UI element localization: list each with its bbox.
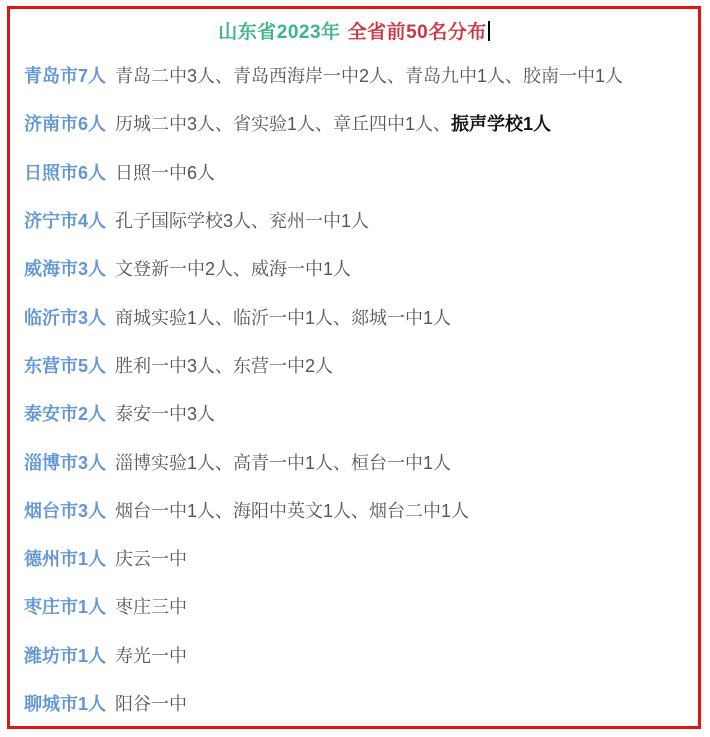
list-item: 潍坊市1人寿光一中: [24, 631, 684, 679]
school-detail-segment: 寿光一中: [115, 646, 187, 666]
school-detail-segment: 淄博实验1人、高青一中1人、桓台一中1人: [115, 453, 451, 473]
city-count-label: 济南市6人: [24, 110, 106, 136]
city-count-label: 德州市1人: [24, 545, 106, 571]
school-detail-segment: 历城二中3人、省实验1人、章丘四中1人、: [115, 114, 451, 134]
list-item: 烟台市3人烟台一中1人、海阳中英文1人、烟台二中1人: [24, 486, 684, 534]
school-detail-segment: 孔子国际学校3人、兖州一中1人: [115, 211, 369, 231]
school-detail-segment: 烟台一中1人、海阳中英文1人、烟台二中1人: [115, 501, 469, 521]
school-detail-segment: 日照一中6人: [115, 163, 215, 183]
school-detail: 庆云一中: [115, 545, 187, 571]
city-count-label: 潍坊市1人: [24, 642, 106, 668]
school-detail: 历城二中3人、省实验1人、章丘四中1人、振声学校1人: [115, 110, 551, 136]
school-detail: 阳谷一中: [115, 690, 187, 716]
city-count-label: 日照市6人: [24, 159, 106, 185]
school-detail-segment: 庆云一中: [115, 549, 187, 569]
school-detail: 青岛二中3人、青岛西海岸一中2人、青岛九中1人、胶南一中1人: [115, 62, 623, 88]
school-detail: 胜利一中3人、东营一中2人: [115, 352, 333, 378]
list-item: 淄博市3人淄博实验1人、高青一中1人、桓台一中1人: [24, 437, 684, 485]
school-detail-segment: 枣庄三中: [115, 597, 187, 617]
title-province-year: 山东省2023年: [218, 22, 340, 43]
school-detail: 孔子国际学校3人、兖州一中1人: [115, 207, 369, 233]
list-item: 临沂市3人商城实验1人、临沂一中1人、郯城一中1人: [24, 292, 684, 340]
text-cursor: [488, 21, 490, 41]
page-title: 山东省2023年全省前50名分布: [24, 17, 684, 49]
city-count-label: 青岛市7人: [24, 62, 106, 88]
city-count-label: 烟台市3人: [24, 497, 106, 523]
school-detail-segment: 泰安一中3人: [115, 404, 215, 424]
school-detail: 烟台一中1人、海阳中英文1人、烟台二中1人: [115, 497, 469, 523]
list-item: 泰安市2人泰安一中3人: [24, 389, 684, 437]
screenshot-canvas: 山东省2023年全省前50名分布 青岛市7人青岛二中3人、青岛西海岸一中2人、青…: [0, 0, 710, 737]
school-detail: 枣庄三中: [115, 593, 187, 619]
school-detail-segment: 商城实验1人、临沂一中1人、郯城一中1人: [115, 308, 451, 328]
city-count-label: 济宁市4人: [24, 207, 106, 233]
list-item: 日照市6人日照一中6人: [24, 148, 684, 196]
list-item: 青岛市7人青岛二中3人、青岛西海岸一中2人、青岛九中1人、胶南一中1人: [24, 51, 684, 99]
list-item: 聊城市1人阳谷一中: [24, 679, 684, 727]
list-item: 德州市1人庆云一中: [24, 534, 684, 582]
distribution-list: 青岛市7人青岛二中3人、青岛西海岸一中2人、青岛九中1人、胶南一中1人济南市6人…: [24, 51, 684, 727]
school-detail-segment: 青岛二中3人、青岛西海岸一中2人、青岛九中1人、胶南一中1人: [115, 66, 623, 86]
school-detail: 淄博实验1人、高青一中1人、桓台一中1人: [115, 449, 451, 475]
city-count-label: 聊城市1人: [24, 690, 106, 716]
school-detail: 泰安一中3人: [115, 400, 215, 426]
list-item: 威海市3人文登新一中2人、威海一中1人: [24, 244, 684, 292]
city-count-label: 威海市3人: [24, 255, 106, 281]
list-item: 枣庄市1人枣庄三中: [24, 582, 684, 630]
school-detail-segment: 胜利一中3人、东营一中2人: [115, 356, 333, 376]
school-detail-segment: 阳谷一中: [115, 694, 187, 714]
city-count-label: 临沂市3人: [24, 304, 106, 330]
city-count-label: 枣庄市1人: [24, 593, 106, 619]
school-detail: 文登新一中2人、威海一中1人: [115, 255, 351, 281]
school-detail: 寿光一中: [115, 642, 187, 668]
document-page[interactable]: 山东省2023年全省前50名分布 青岛市7人青岛二中3人、青岛西海岸一中2人、青…: [7, 6, 701, 729]
title-top50-label: 全省前50名分布: [348, 22, 487, 43]
city-count-label: 淄博市3人: [24, 449, 106, 475]
school-detail: 商城实验1人、临沂一中1人、郯城一中1人: [115, 304, 451, 330]
list-item: 济宁市4人孔子国际学校3人、兖州一中1人: [24, 196, 684, 244]
list-item: 济南市6人历城二中3人、省实验1人、章丘四中1人、振声学校1人: [24, 99, 684, 147]
list-item: 东营市5人胜利一中3人、东营一中2人: [24, 341, 684, 389]
school-detail-segment: 文登新一中2人、威海一中1人: [115, 259, 351, 279]
city-count-label: 东营市5人: [24, 352, 106, 378]
city-count-label: 泰安市2人: [24, 400, 106, 426]
school-detail: 日照一中6人: [115, 159, 215, 185]
school-detail-emphasis: 振声学校1人: [451, 114, 551, 134]
